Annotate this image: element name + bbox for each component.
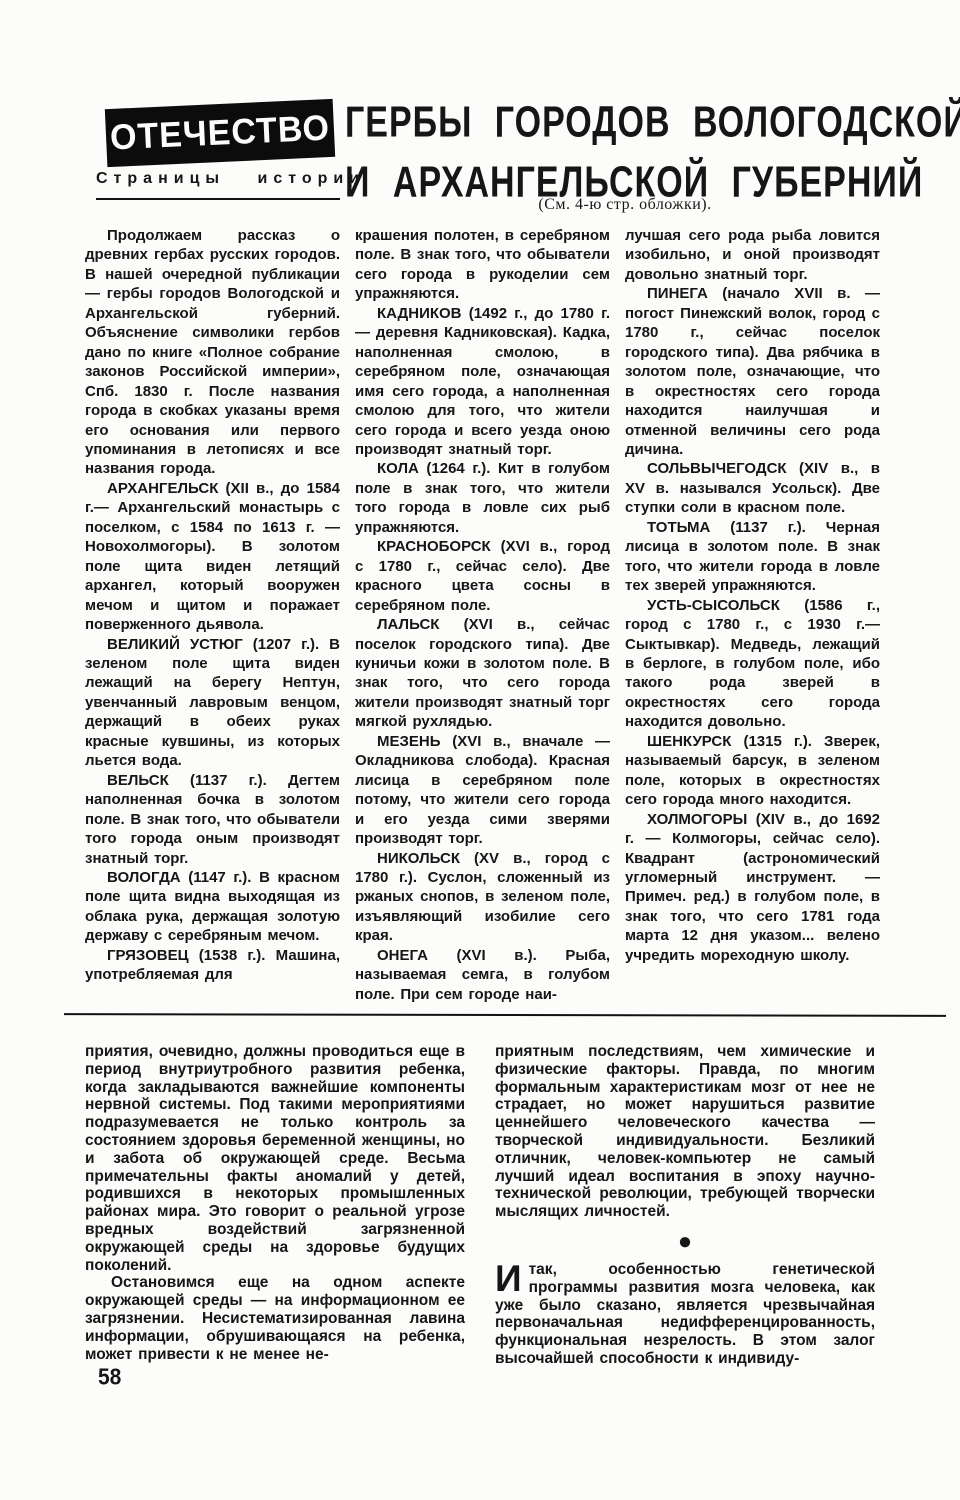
entry-kola: КОЛА (1264 г.). Кит в голубом поле в зна… [355,459,610,537]
entry-velikiy-ustyug: ВЕЛИКИЙ УСТЮГ (1207 г.). В зеленом поле … [85,635,340,771]
article-divider [64,1013,946,1017]
dropcap-paragraph: Итак, особенностью генетической программ… [495,1261,875,1368]
entry-lalsk: ЛАЛЬСК (XVI в., сейчас поселок городског… [355,615,610,732]
entry-ust-sysolsk: УСТЬ-СЫСОЛЬСК (1586 г., город с 1780 г.,… [625,596,880,732]
section-rule [96,198,340,200]
continuation-paragraph: приятным последствиям, чем химические и … [495,1043,875,1221]
second-article-column-right: приятным последствиям, чем химические и … [495,1043,875,1368]
article-body: Продолжаем рассказ о древних гербах русс… [85,226,880,1006]
second-article-body: приятия, очевидно, должны проводиться ещ… [85,1043,875,1368]
logo-text: ОТЕЧЕСТВО [109,108,331,159]
entry-mezen: МЕЗЕНЬ (XVI в., вначале — Окладникова сл… [355,732,610,849]
entry-vologda: ВОЛОГДА (1147 г.). В красном поле щита в… [85,868,340,946]
second-article-column-left: приятия, очевидно, должны проводиться ещ… [85,1043,465,1368]
entry-totma: ТОТЬМА (1137 г.). Черная лисица в золото… [625,518,880,596]
entry-pinega: ПИНЕГА (начало XVII в. — погост Пинежски… [625,284,880,459]
entry-kholmogory: ХОЛМОГОРЫ (XIV в., до 1692 г. — Колмогор… [625,810,880,966]
text-column-3: лучшая сего рода рыба ловится изобильно,… [625,226,880,1006]
paragraph: Остановимся еще на одном аспекте окружаю… [85,1274,465,1363]
page-number: 58 [98,1365,121,1391]
intro-paragraph: Продолжаем рассказ о древних гербах русс… [85,226,340,479]
entry-kadnikov: КАДНИКОВ (1492 г., до 1780 г. — деревня … [355,304,610,460]
section-separator-dot: ● [495,1230,875,1254]
entry-shenkursk: ШЕНКУРСК (1315 г.). Зверек, называемый б… [625,732,880,810]
entry-solvychegodsk: СОЛЬВЫЧЕГОДСК (XIV в., в XV в. назывался… [625,459,880,517]
continuation-paragraph: приятия, очевидно, должны проводиться ещ… [85,1043,465,1274]
entry-onega: ОНЕГА (XVI в.). Рыба, называемая семга, … [355,946,610,1004]
continuation-paragraph: лучшая сего рода рыба ловится изобильно,… [625,226,880,284]
entry-krasnoborsk: КРАСНОБОРСК (XVI в., город с 1780 г., се… [355,537,610,615]
text-column-2: крашения полотен, в серебряном поле. В з… [355,226,610,1006]
continuation-paragraph: крашения полотен, в серебряном поле. В з… [355,226,610,304]
section-label: Страницы истории [96,170,346,188]
otechestvo-logo: ОТЕЧЕСТВО [105,99,335,167]
entry-nikolsk: НИКОЛЬСК (XV в., город с 1780 г.). Сусло… [355,849,610,946]
entry-gryazovets: ГРЯЗОВЕЦ (1538 г.). Машина, употребляема… [85,946,340,985]
magazine-page: ОТЕЧЕСТВО Страницы истории ГЕРБЫ ГОРОДОВ… [0,0,960,1500]
article-title-line1: ГЕРБЫ ГОРОДОВ ВОЛОГОДСКОЙ [345,98,905,159]
entry-velsk: ВЕЛЬСК (1137 г.). Дегтем наполненная боч… [85,771,340,868]
text-column-1: Продолжаем рассказ о древних гербах русс… [85,226,340,1006]
article-subtitle: (См. 4-ю стр. обложки). [345,196,905,214]
entry-arkhangelsk: АРХАНГЕЛЬСК (XII в., до 1584 г.— Арханге… [85,479,340,635]
